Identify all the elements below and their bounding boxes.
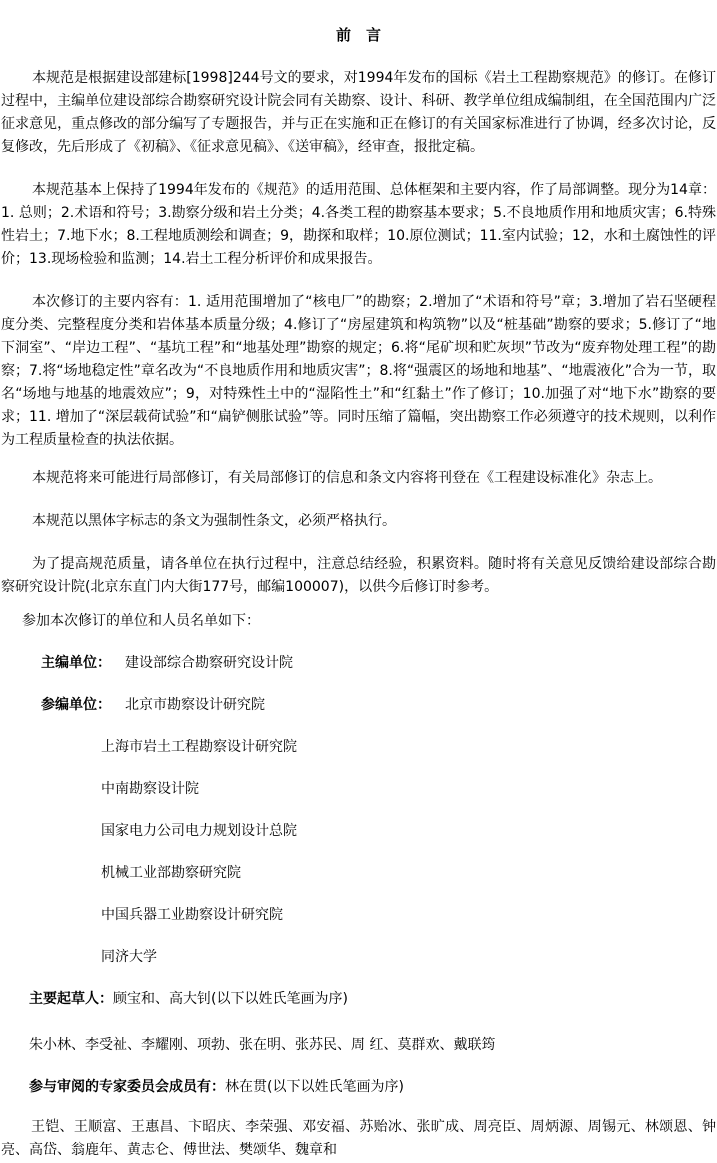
paragraph-structure-overview: 本规范基本上保持了1994年发布的《规范》的适用范围、总体框架和主要内容，作了局…: [1, 179, 716, 271]
co-editor-item: 同济大学: [101, 946, 716, 969]
page-title: 前 言: [1, 24, 716, 47]
co-editor-item: 机械工业部勘察研究院: [101, 862, 716, 885]
chief-editor-value: 建设部综合勘察研究设计院: [125, 655, 293, 671]
co-editor-item: 上海市岩土工程勘察设计研究院: [101, 736, 716, 759]
drafters-label: 主要起草人：: [29, 991, 113, 1007]
paragraph-mandatory-provisions: 本规范以黑体字标志的条文为强制性条文，必须严格执行。: [1, 510, 716, 533]
reviewers-line: 参与审阅的专家委员会成员有：林在贯(以下以姓氏笔画为序): [29, 1076, 716, 1099]
co-editor-item: 国家电力公司电力规划设计总院: [101, 820, 716, 843]
paragraph-main-changes: 本次修订的主要内容有：1. 适用范围增加了“核电厂”的勘察；2.增加了“术语和符…: [1, 291, 716, 452]
drafter-names: 朱小林、李受祉、李耀刚、项勃、张在明、张苏民、周 红、莫群欢、戴联筠: [1, 1034, 716, 1057]
drafters-lead: 顾宝和、高大钊(以下以姓氏笔画为序): [113, 991, 348, 1007]
paragraph-feedback-address: 为了提高规范质量，请各单位在执行过程中，注意总结经验，积累资料。随时将有关意见反…: [1, 553, 716, 599]
reviewer-names: 王铠、王顺富、王惠昌、卞昭庆、李荣强、邓安福、苏贻冰、张旷成、周亮臣、周炳源、周…: [1, 1116, 716, 1162]
co-editor-line: 参编单位：北京市勘察设计研究院: [41, 694, 716, 717]
co-editor-first-value: 北京市勘察设计研究院: [125, 697, 265, 713]
paragraph-revision-history: 本规范是根据建设部建标[1998]244号文的要求，对1994年发布的国标《岩土…: [1, 67, 716, 159]
document-page: 前 言 本规范是根据建设部建标[1998]244号文的要求，对1994年发布的国…: [0, 0, 717, 1163]
co-editor-item: 中国兵器工业勘察设计研究院: [101, 904, 716, 927]
drafters-line: 主要起草人：顾宝和、高大钊(以下以姓氏笔画为序): [29, 988, 716, 1011]
co-editor-item: 中南勘察设计院: [101, 778, 716, 801]
co-editor-label: 参编单位：: [41, 697, 111, 713]
reviewers-label: 参与审阅的专家委员会成员有：: [29, 1079, 225, 1095]
chief-editor-label: 主编单位：: [41, 655, 111, 671]
reviewers-lead: 林在贯(以下以姓氏笔画为序): [225, 1079, 404, 1095]
chief-editor-line: 主编单位：建设部综合勘察研究设计院: [41, 652, 716, 675]
roster-intro: 参加本次修订的单位和人员名单如下：: [22, 610, 716, 633]
paragraph-future-revision: 本规范将来可能进行局部修订，有关局部修订的信息和条文内容将刊登在《工程建设标准化…: [1, 467, 716, 490]
